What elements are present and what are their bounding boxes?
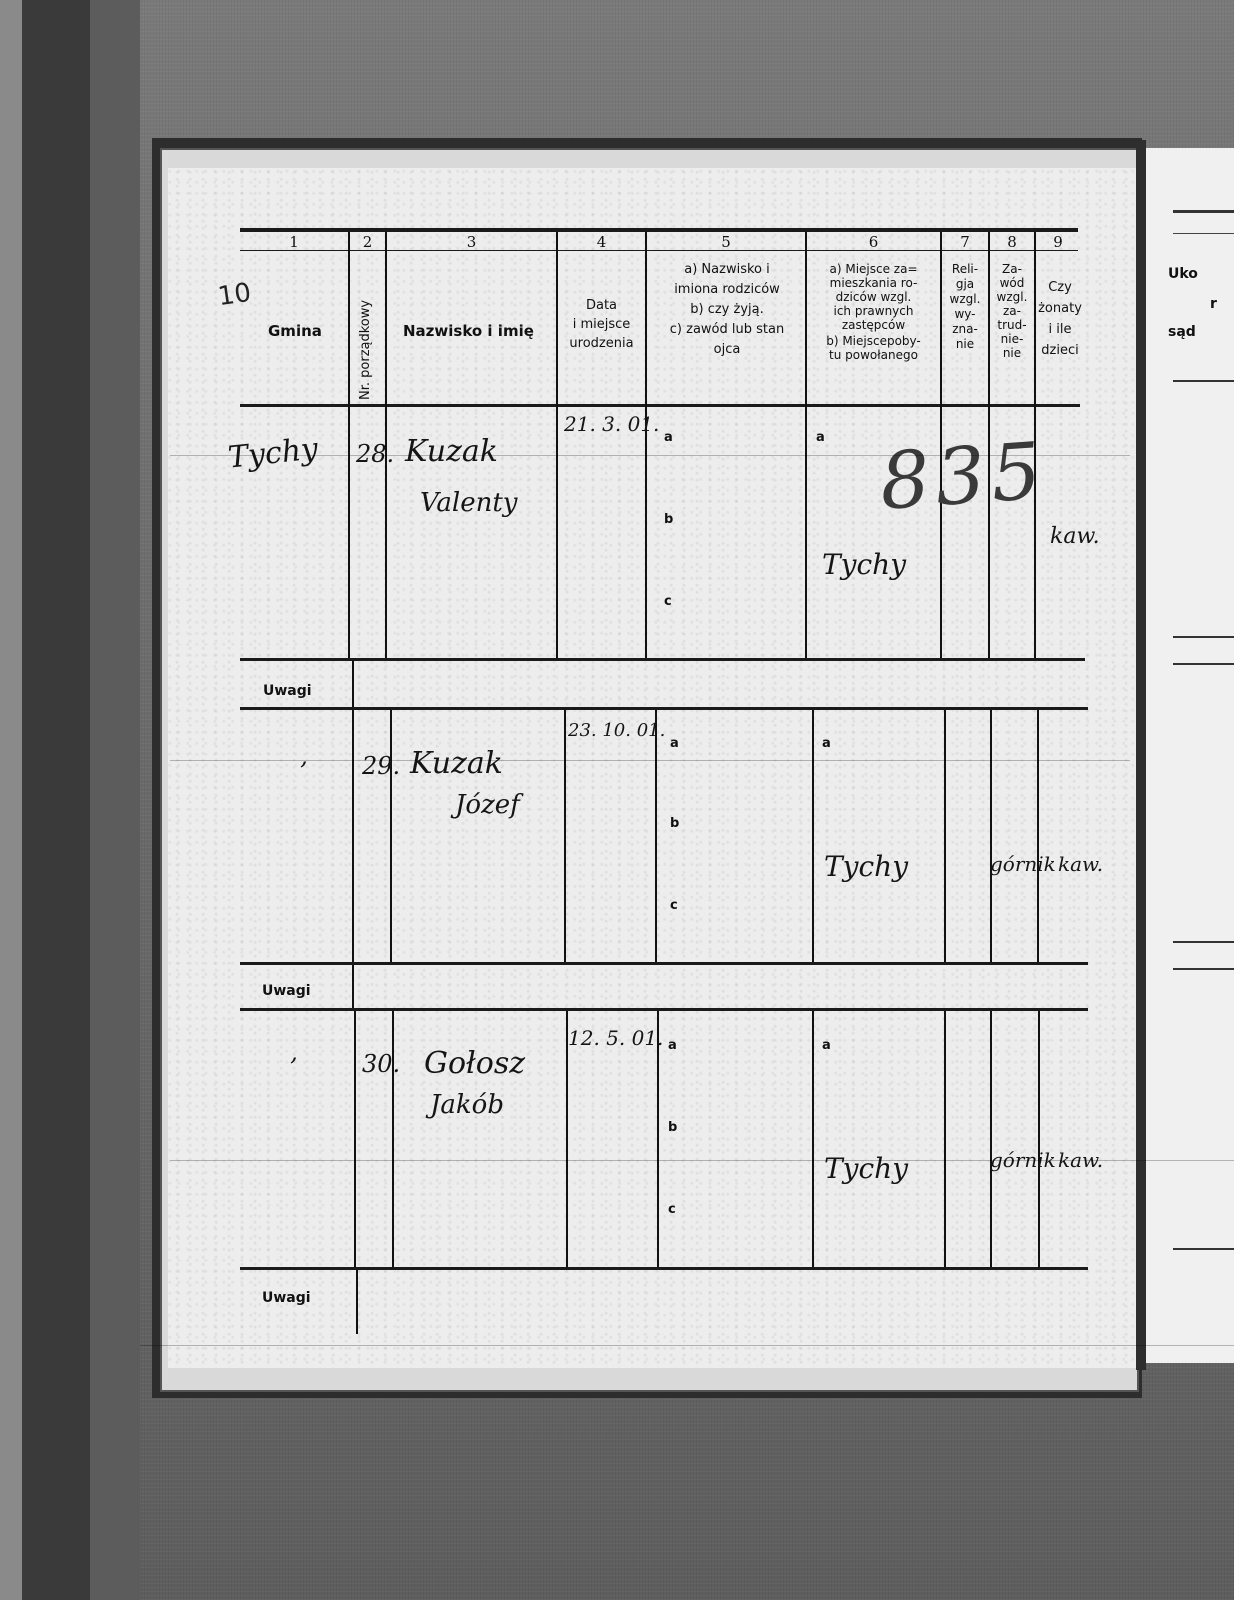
facing-page-rule: [1173, 663, 1234, 665]
facing-page-rule: [1173, 210, 1234, 213]
col-divider: [1037, 710, 1039, 964]
column-number: 2: [350, 233, 385, 251]
col-divider: [655, 710, 657, 964]
entry-nr: 30.: [362, 1050, 400, 1078]
entry-surname: Kuzak: [410, 746, 503, 781]
remarks-divider: [356, 1270, 358, 1334]
archive-stamp-number: 835: [877, 426, 1050, 527]
facing-page-rule: [1173, 968, 1234, 970]
remarks-label: Uwagi: [263, 683, 312, 699]
header-line: mieszkania ro-: [807, 276, 940, 290]
column-number: 5: [647, 233, 805, 251]
header-line: żonaty: [1036, 301, 1084, 316]
entry-given-name: Valenty: [420, 488, 517, 518]
header-nazwisko-imie: Nazwisko i imię: [403, 322, 534, 340]
row-rule: [240, 707, 1088, 710]
header-line: ojca: [647, 342, 807, 357]
col-divider: [564, 710, 566, 964]
header-line: gja: [942, 277, 988, 292]
entry-residence: Tychy: [822, 548, 906, 581]
col-divider: [944, 1011, 946, 1269]
column-number: 7: [942, 233, 988, 251]
sub-label-a: a: [822, 736, 831, 751]
column-number: 6: [807, 233, 940, 251]
entry-birth-date: 12. 5. 01.: [568, 1026, 663, 1050]
entry-marital: kaw.: [1050, 524, 1100, 549]
guide-line: [170, 455, 1130, 456]
header-line: wód: [990, 276, 1034, 290]
sub-label-b: b: [670, 816, 679, 831]
header-line: zastępców: [807, 318, 940, 332]
entry-given-name: Jakób: [430, 1090, 504, 1120]
header-line: wzgl.: [942, 292, 988, 307]
header-line: dzieci: [1036, 343, 1084, 358]
column-number: 9: [1036, 233, 1080, 251]
remarks-label: Uwagi: [262, 983, 311, 999]
header-line: i miejsce: [558, 317, 645, 332]
row-rule: [240, 658, 1085, 661]
remarks-divider: [352, 965, 354, 1011]
header-line: nie: [990, 346, 1034, 360]
col-divider: [354, 1011, 356, 1269]
header-bottom-rule: [240, 404, 1080, 407]
header-rodzice: a) Nazwisko i imiona rodziców b) czy żyj…: [647, 262, 807, 357]
col-divider: [348, 232, 350, 658]
facing-page-text: r: [1210, 296, 1217, 312]
header-top-rule: [240, 228, 1078, 232]
sub-label-a: a: [668, 1038, 677, 1053]
scan-shadow: [22, 0, 90, 1600]
row-rule: [240, 1267, 1088, 1270]
header-line: b) Miejscepoby-: [807, 334, 940, 348]
scan-edge: [0, 0, 22, 1600]
sub-label-a: a: [822, 1038, 831, 1053]
margin-page-number: 10: [216, 278, 253, 312]
guide-line: [140, 1345, 1234, 1346]
sub-label-c: c: [668, 1202, 676, 1217]
entry-surname: Gołosz: [424, 1046, 525, 1081]
col-divider: [1038, 1011, 1040, 1269]
header-line: Reli-: [942, 262, 988, 277]
header-line: dziców wzgl.: [807, 290, 940, 304]
header-line: za-: [990, 304, 1034, 318]
entry-gmina-ditto: ‚: [300, 742, 308, 770]
row-rule: [240, 1008, 1088, 1011]
book-spine: [1136, 140, 1146, 1370]
header-line: imiona rodziców: [647, 282, 807, 297]
col-divider: [556, 232, 558, 658]
column-number: 8: [990, 233, 1034, 251]
header-zonaty: Czy żonaty i ile dzieci: [1036, 280, 1084, 358]
guide-line: [170, 760, 1130, 761]
col-divider: [812, 710, 814, 964]
facing-page: Uko r sąd: [1146, 148, 1234, 1363]
header-line: trud-: [990, 318, 1034, 332]
header-line: i ile: [1036, 322, 1084, 337]
guide-line: [170, 1160, 1234, 1161]
sub-label-b: b: [664, 512, 673, 527]
sub-label-b: b: [668, 1120, 677, 1135]
header-line: Data: [558, 298, 645, 313]
entry-gmina-ditto: ‚: [290, 1038, 298, 1066]
facing-page-rule: [1173, 636, 1234, 638]
header-line: ich prawnych: [807, 304, 940, 318]
scan-shadow-mid: [90, 0, 140, 1600]
header-nr-porzadkowy: Nr. porządkowy: [358, 300, 373, 400]
facing-page-text: sąd: [1168, 324, 1196, 340]
header-line: nie: [942, 337, 988, 352]
header-line: wy-: [942, 307, 988, 322]
entry-residence: Tychy: [824, 850, 908, 883]
sub-label-c: c: [670, 898, 678, 913]
entry-birth-date: 21. 3. 01.: [564, 412, 659, 436]
header-zawod: Za- wód wzgl. za- trud- nie- nie: [990, 262, 1034, 360]
sub-label-c: c: [664, 594, 672, 609]
remarks-divider: [352, 661, 354, 709]
column-number: 1: [240, 233, 348, 251]
facing-page-rule: [1173, 233, 1234, 234]
facing-page-rule: [1173, 1248, 1234, 1250]
facing-page-rule: [1173, 941, 1234, 943]
header-data-urodzenia: Data i miejsce urodzenia: [558, 298, 645, 351]
header-line: a) Miejsce za=: [807, 262, 940, 276]
entry-surname: Kuzak: [405, 434, 498, 469]
sub-label-a: a: [664, 430, 673, 445]
entry-nr: 29.: [362, 752, 400, 780]
row-rule: [240, 962, 1088, 965]
col-divider: [812, 1011, 814, 1269]
sub-label-a: a: [670, 736, 679, 751]
header-line: wzgl.: [990, 290, 1034, 304]
col-divider: [990, 710, 992, 964]
header-line: a) Nazwisko i: [647, 262, 807, 277]
header-line: c) zawód lub stan: [647, 322, 807, 337]
header-line: tu powołanego: [807, 348, 940, 362]
entry-occupation: górnik: [990, 852, 1056, 876]
entry-nr: 28.: [356, 440, 394, 468]
remarks-label: Uwagi: [262, 1290, 311, 1306]
facing-page-text: Uko: [1168, 266, 1198, 282]
entry-marital: kaw.: [1058, 852, 1103, 876]
header-line: zna-: [942, 322, 988, 337]
header-line: Za-: [990, 262, 1034, 276]
facing-page-rule: [1173, 380, 1234, 382]
header-gmina: Gmina: [268, 322, 322, 340]
sub-label-a: a: [816, 430, 825, 445]
header-line: nie-: [990, 332, 1034, 346]
header-miejsce-zamieszkania: a) Miejsce za= mieszkania ro- dziców wzg…: [807, 262, 940, 362]
col-divider: [352, 710, 354, 964]
col-divider: [990, 1011, 992, 1269]
column-number: 3: [387, 233, 556, 251]
column-number: 4: [558, 233, 645, 251]
header-line: Czy: [1036, 280, 1084, 295]
entry-given-name: Józef: [455, 790, 520, 820]
header-religia: Reli- gja wzgl. wy- zna- nie: [942, 262, 988, 352]
col-divider: [944, 710, 946, 964]
entry-residence: Tychy: [824, 1152, 908, 1185]
col-divider: [390, 710, 392, 964]
header-line: b) czy żyją.: [647, 302, 807, 317]
entry-birth-date: 23. 10. 01.: [568, 720, 665, 741]
header-line: urodzenia: [558, 336, 645, 351]
